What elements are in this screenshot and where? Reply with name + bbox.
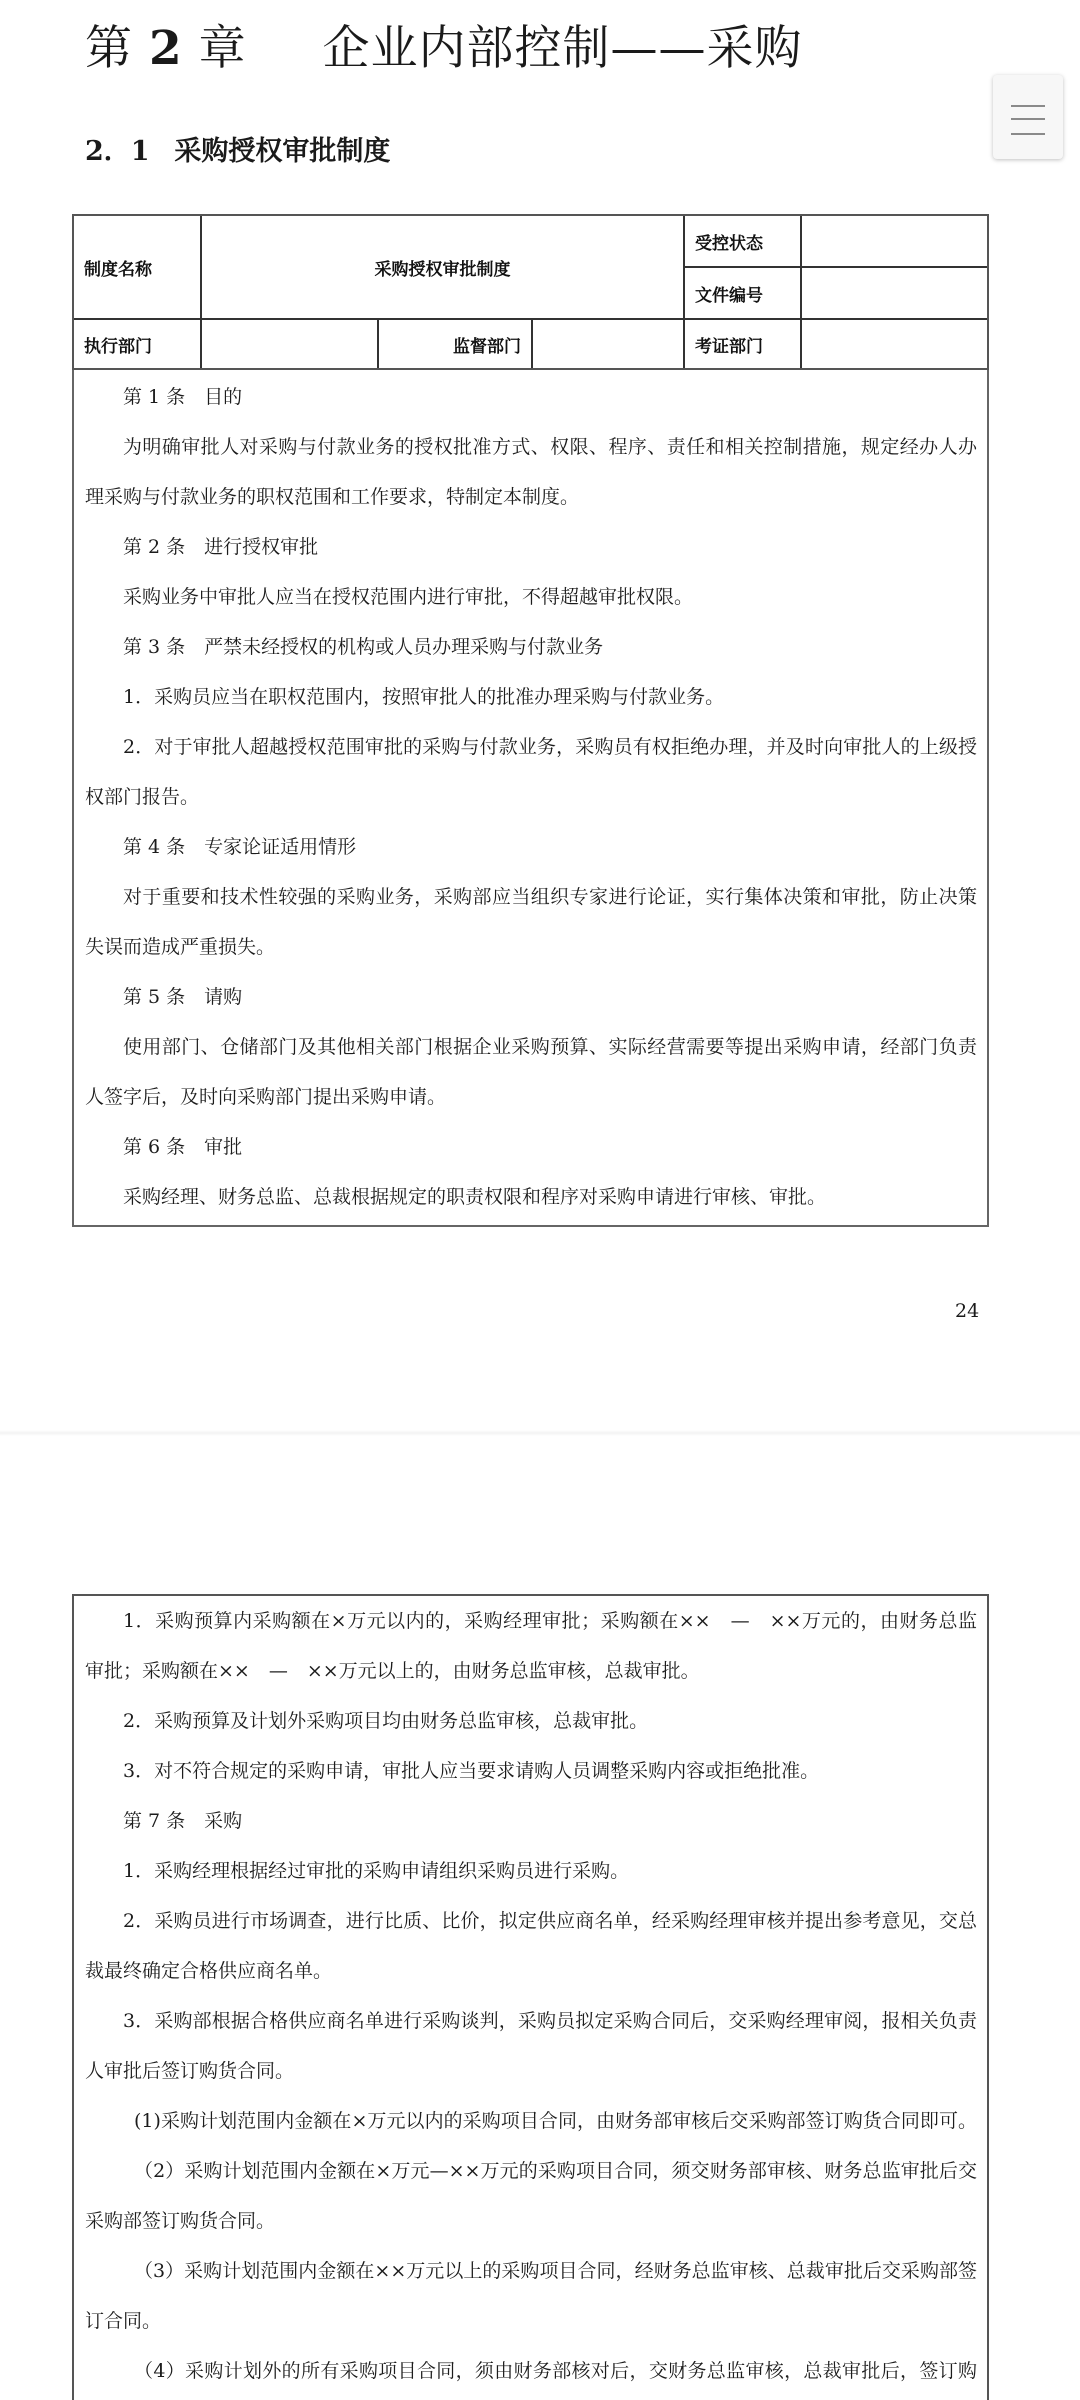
control-status-value [802, 216, 987, 266]
chapter-suffix: 章 [199, 21, 247, 76]
paragraph-line: 2．采购员进行市场调查，进行比质、比价，拟定供应商名单，经采购经理审核并提出参考… [123, 1908, 977, 1934]
paragraph-line: 3．采购部根据合格供应商名单进行采购谈判，采购员拟定采购合同后，交采购经理审阅，… [123, 2008, 977, 2034]
paragraph-line: 2．对于审批人超越授权范围审批的采购与付款业务，采购员有权拒绝办理，并及时向审批… [123, 734, 977, 760]
page-number: 24 [955, 1300, 979, 1322]
paragraph-line: 1．采购员应当在职权范围内，按照审批人的批准办理采购与付款业务。 [123, 684, 977, 710]
article-heading: 第 5 条 请购 [123, 984, 977, 1010]
article-heading: 第 6 条 审批 [123, 1134, 977, 1160]
supervise-dept-label: 监督部门 [379, 320, 521, 368]
paragraph-line: 对于重要和技术性较强的采购业务，采购部应当组织专家进行论证，实行集体决策和审批，… [123, 884, 977, 910]
paragraph-line: （3）采购计划范围内金额在××万元以上的采购项目合同，经财务总监审核、总裁审批后… [134, 2258, 977, 2284]
paragraph-line: 订合同。 [85, 2308, 977, 2334]
policy-info-table: 制度名称 采购授权审批制度 受控状态 文件编号 执行部门 监督部门 考证部门 [72, 214, 989, 370]
paragraph-line: 采购业务中审批人应当在授权范围内进行审批，不得超越审批权限。 [123, 584, 977, 610]
paragraph-line: 3．对不符合规定的采购申请，审批人应当要求请购人员调整采购内容或拒绝批准。 [123, 1758, 977, 1784]
paragraph-line: （2）采购计划范围内金额在×万元—××万元的采购项目合同，须交财务部审核、财务总… [134, 2158, 977, 2184]
policy-name-label: 制度名称 [84, 216, 200, 318]
paragraph-line: 2．采购预算及计划外采购项目均由财务总监审核，总裁审批。 [123, 1708, 977, 1734]
paragraph-line: (1)采购计划范围内金额在×万元以内的采购项目合同，由财务部审核后交采购部签订购… [134, 2108, 977, 2134]
exec-dept-label: 执行部门 [84, 320, 200, 368]
chapter-name: 企业内部控制——采购 [323, 21, 803, 76]
paragraph-line: 1．采购经理根据经过审批的采购申请组织采购员进行采购。 [123, 1858, 977, 1884]
article-heading: 第 2 条 进行授权审批 [123, 534, 977, 560]
section-title: 2．1 采购授权审批制度 [85, 132, 390, 172]
verify-dept-value [802, 320, 987, 368]
file-number-label: 文件编号 [695, 268, 800, 318]
paragraph-line: 采购部签订购货合同。 [85, 2208, 977, 2234]
page-divider [0, 1430, 1080, 1436]
menu-button[interactable] [993, 75, 1063, 159]
paragraph-line: 1．采购预算内采购额在×万元以内的，采购经理审批；采购额在×× — ××万元的，… [123, 1608, 977, 1634]
chapter-prefix: 第 [85, 21, 133, 76]
control-status-label: 受控状态 [695, 216, 800, 266]
article-heading: 第 3 条 严禁未经授权的机构或人员办理采购与付款业务 [123, 634, 977, 660]
supervise-dept-value [533, 320, 683, 368]
exec-dept-value [202, 320, 377, 368]
paragraph-line: （4）采购计划外的所有采购项目合同，须由财务部核对后，交财务总监审核，总裁审批后… [134, 2358, 977, 2384]
verify-dept-label: 考证部门 [695, 320, 800, 368]
article-heading: 第 1 条 目的 [123, 384, 977, 410]
file-number-value [802, 268, 987, 318]
section-name: 采购授权审批制度 [174, 136, 390, 167]
paragraph-line: 裁最终确定合格供应商名单。 [85, 1958, 977, 1984]
paragraph-line: 理采购与付款业务的职权范围和工作要求，特制定本制度。 [85, 484, 977, 510]
article-heading: 第 4 条 专家论证适用情形 [123, 834, 977, 860]
policy-name-value: 采购授权审批制度 [202, 216, 683, 318]
section-number: 2．1 [85, 132, 165, 172]
paragraph-line: 使用部门、仓储部门及其他相关部门根据企业采购预算、实际经营需要等提出采购申请，经… [123, 1034, 977, 1060]
paragraph-line: 为明确审批人对采购与付款业务的授权批准方式、权限、程序、责任和相关控制措施，规定… [123, 434, 977, 460]
chapter-title: 第 2 章 企业内部控制——采购 [85, 14, 803, 84]
article-heading: 第 7 条 采购 [123, 1808, 977, 1834]
paragraph-line: 审批；采购额在×× — ××万元以上的，由财务总监审核，总裁审批。 [85, 1658, 977, 1684]
paragraph-line: 失误而造成严重损失。 [85, 934, 977, 960]
paragraph-line: 人审批后签订购货合同。 [85, 2058, 977, 2084]
chapter-number: 2 [149, 21, 183, 76]
paragraph-line: 权部门报告。 [85, 784, 977, 810]
paragraph-line: 采购经理、财务总监、总裁根据规定的职责权限和程序对采购申请进行审核、审批。 [123, 1184, 977, 1210]
paragraph-line: 人签字后，及时向采购部门提出采购申请。 [85, 1084, 977, 1110]
